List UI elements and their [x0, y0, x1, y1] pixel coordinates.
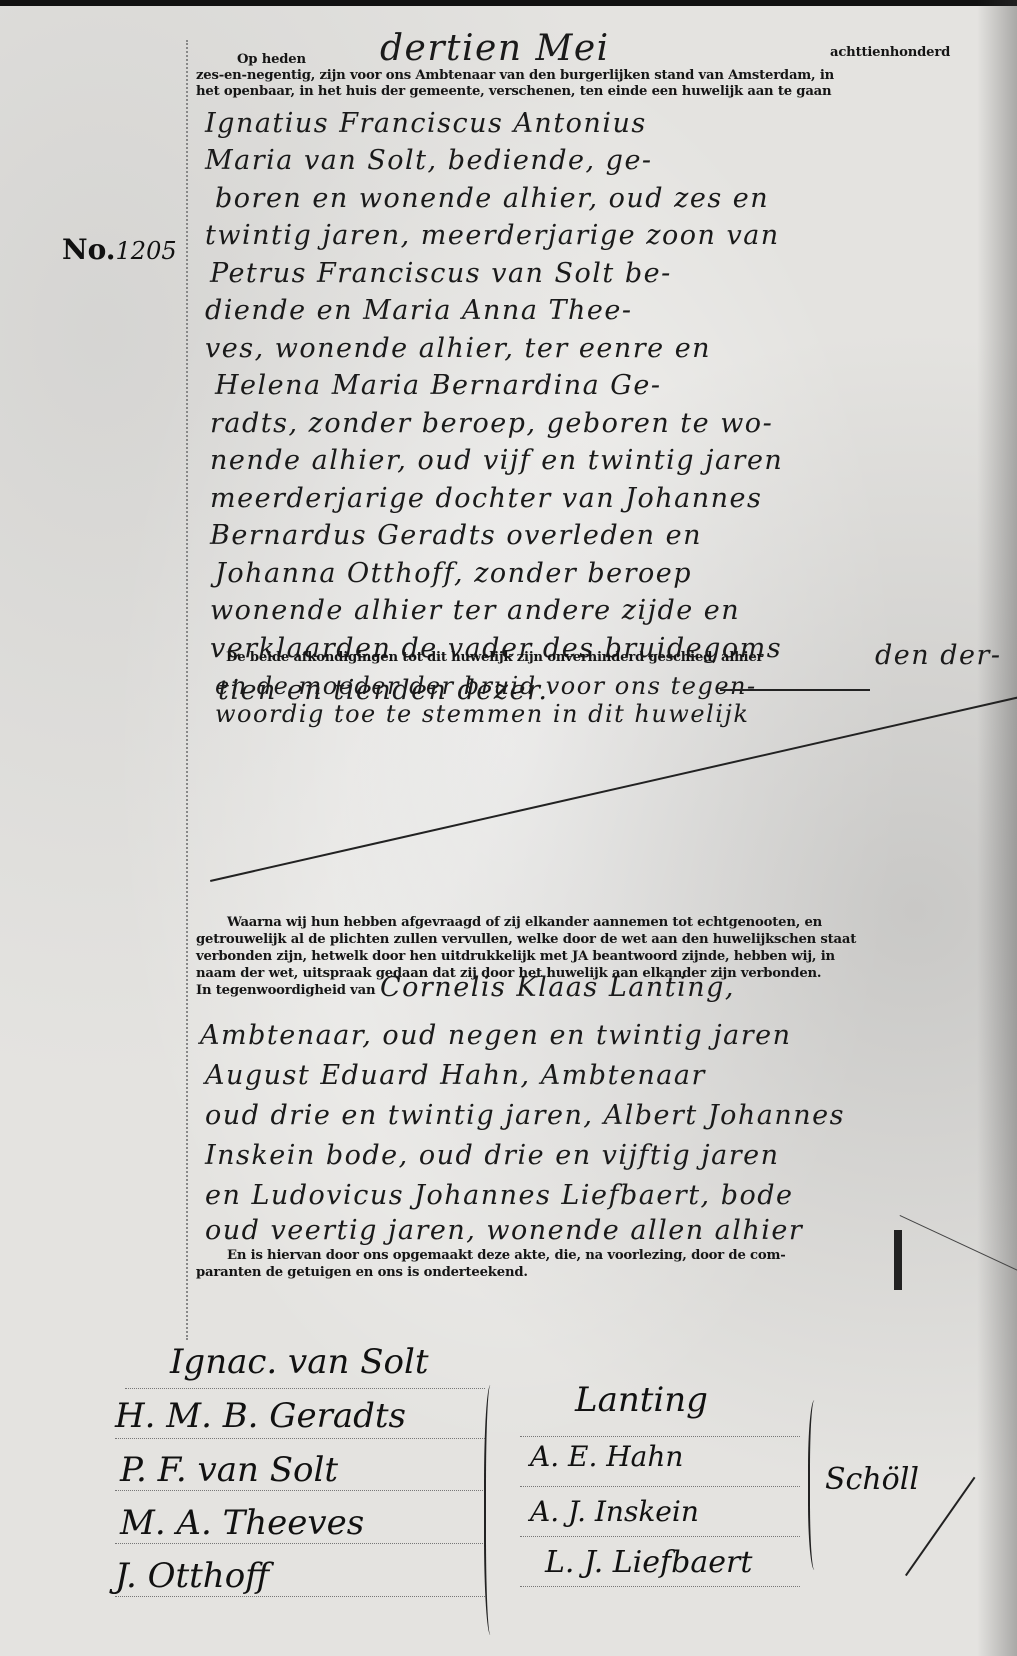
witness-line: August Eduard Hahn, Ambtenaar: [205, 1060, 706, 1091]
witness-line: oud drie en twintig jaren, Albert Johann…: [205, 1100, 845, 1131]
intro-lead: Op heden: [237, 52, 306, 68]
intro-line-2: zes-en-negentig, zijn voor ons Ambtenaar…: [196, 68, 986, 84]
intro-line-3: het openbaar, in het huis der gemeente, …: [196, 84, 986, 100]
underline: [720, 689, 870, 691]
ink-mark: [894, 1230, 902, 1290]
witness-line: Ambtenaar, oud negen en twintig jaren: [200, 1020, 792, 1051]
body-line: ves, wonende alhier, ter eenre en: [205, 333, 711, 364]
body-line: Bernardus Geradts overleden en: [210, 520, 702, 551]
signature-brace-left: [484, 1385, 500, 1635]
closing-line-2: paranten de getuigen en ons is onderteek…: [196, 1265, 528, 1281]
witness-line: Inskein bode, oud drie en vijftig jaren: [205, 1140, 780, 1171]
body-line: boren en wonende alhier, oud zes en: [215, 183, 769, 214]
scanned-marriage-record: No.1205 Op heden dertien Mei achttienhon…: [0, 0, 1017, 1656]
record-number: No.1205: [62, 233, 177, 266]
body-line: diende en Maria Anna Thee-: [205, 295, 632, 326]
signature-father: P. F. van Solt: [120, 1450, 338, 1490]
body-line: Ignatius Franciscus Antonius: [205, 108, 647, 139]
vows-line-1: Waarna wij hun hebben afgevraagd of zij …: [227, 915, 822, 931]
signature-groom: Ignac. van Solt: [170, 1342, 429, 1382]
signature-witness: L. J. Liefbaert: [545, 1545, 752, 1580]
signature-official: Schöll: [825, 1462, 919, 1497]
scan-edge: [0, 0, 1017, 6]
proclamations-tail: den der-: [875, 640, 1002, 671]
signature-witness: Lanting: [575, 1380, 708, 1420]
witness-line: oud veertig jaren, wonende allen alhier: [205, 1215, 803, 1246]
signature-witness: A. E. Hahn: [530, 1440, 683, 1473]
page-shadow: [977, 0, 1017, 1656]
date-handwritten: dertien Mei: [380, 28, 610, 69]
signature-mother: M. A. Theeves: [120, 1503, 364, 1543]
vows-line-5: In tegenwoordigheid van: [196, 983, 375, 999]
intro-year: achttienhonderd: [830, 45, 950, 61]
vows-line-2: getrouwelijk al de plichten zullen vervu…: [196, 932, 856, 948]
closing-line-1: En is hiervan door ons opgemaakt deze ak…: [227, 1248, 785, 1264]
proclamations-handwritten: tien en tienden dezer.: [218, 675, 548, 706]
body-line: Johanna Otthoff, zonder beroep: [215, 558, 692, 589]
proclamations-printed: De beide afkondigingen tot dit huwelijk …: [226, 650, 763, 666]
signature-bride: H. M. B. Geradts: [115, 1396, 406, 1436]
body-line: Maria van Solt, bediende, ge-: [205, 145, 653, 176]
witness-line: Cornelis Klaas Lanting,: [380, 972, 735, 1003]
number-value: 1205: [116, 237, 177, 265]
number-label: No.: [62, 233, 116, 266]
body-line: Helena Maria Bernardina Ge-: [215, 370, 661, 401]
vows-line-3: verbonden zijn, hetwelk door hen uitdruk…: [196, 949, 835, 965]
body-line: nende alhier, oud vijf en twintig jaren: [210, 445, 783, 476]
body-line: radts, zonder beroep, geboren te wo-: [210, 408, 773, 439]
witness-line: en Ludovicus Johannes Liefbaert, bode: [205, 1180, 794, 1211]
body-line: Petrus Franciscus van Solt be-: [210, 258, 672, 289]
margin-rule: [186, 40, 188, 1340]
body-line: meerderjarige dochter van Johannes: [210, 483, 762, 514]
body-line: twintig jaren, meerderjarige zoon van: [205, 220, 780, 251]
signature-brace-right: [808, 1400, 824, 1570]
signature-otthoff: J. Otthoff: [115, 1556, 269, 1596]
body-line: wonende alhier ter andere zijde en: [210, 595, 740, 626]
signature-witness: A. J. Inskein: [530, 1495, 699, 1528]
